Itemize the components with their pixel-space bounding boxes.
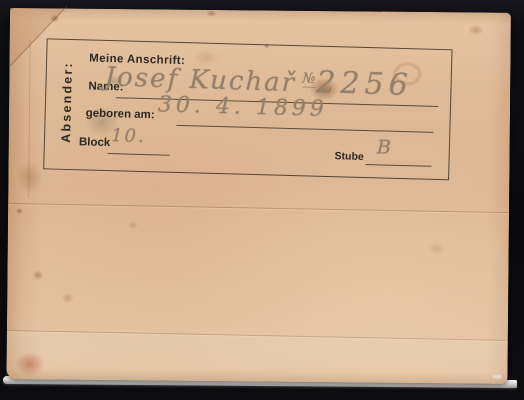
stube-underline [365, 164, 431, 167]
stube-handwriting: B [377, 136, 392, 158]
block-handwriting: 10. [111, 125, 146, 147]
stain [50, 14, 60, 22]
horizontal-crease [8, 203, 509, 213]
stain [16, 208, 23, 214]
sender-form-box: Absender: Meine Anschrift: Name: Josef K… [43, 38, 452, 180]
stain [428, 242, 446, 255]
photo-background: Absender: Meine Anschrift: Name: Josef K… [0, 0, 524, 400]
postcard-paper: Absender: Meine Anschrift: Name: Josef K… [6, 8, 511, 384]
faded-band [6, 331, 508, 388]
stain [32, 270, 43, 280]
birthdate-handwriting: 30. 4. 1899 [158, 92, 329, 122]
edge-marking [492, 375, 501, 379]
born-underline [176, 125, 433, 133]
absender-label: Absender: [58, 46, 75, 158]
prisoner-number: 2256 [316, 65, 413, 103]
stain [16, 160, 42, 194]
stube-label: Stube [334, 150, 363, 163]
block-underline [108, 153, 170, 156]
stain [128, 221, 138, 229]
stain [206, 10, 217, 17]
prisoner-number-prefix: № [302, 71, 316, 88]
block-label: Block [79, 136, 111, 149]
stain [468, 24, 484, 35]
born-label: geboren am: [86, 107, 155, 121]
stain [14, 352, 44, 376]
stain [61, 293, 74, 304]
